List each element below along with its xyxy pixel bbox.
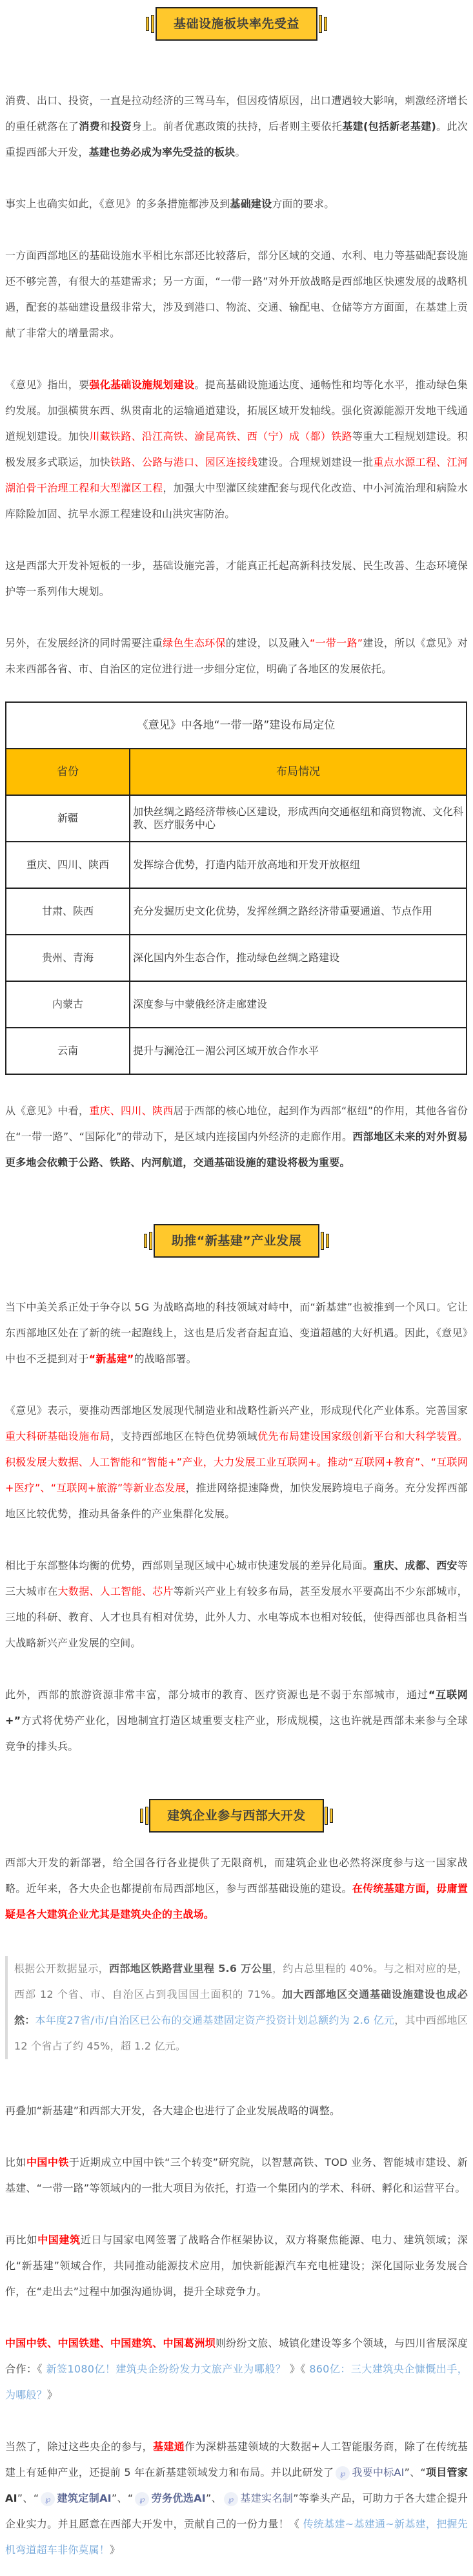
- decor-bar-icon: [146, 17, 149, 31]
- text: ，支持西部地区在特色优势领域: [110, 1430, 257, 1442]
- text: 的战略部署。: [134, 1353, 197, 1365]
- highlight-text: 中国中铁、中国铁建、中国建筑、中国葛洲坝: [5, 2337, 216, 2349]
- text: ”、“: [112, 2492, 134, 2504]
- product-link[interactable]: 基建实名制: [240, 2492, 293, 2504]
- decor-bar-icon: [145, 1807, 148, 1825]
- paragraph: 《意见》指出，要强化基础设施规划建设。提高基础设施通达度、通畅性和均等化水平，推…: [5, 372, 468, 527]
- decor-bar-icon: [330, 1809, 333, 1823]
- layout-table: 《意见》中各地“一带一路”建设布局定位 省份 布局情况 新疆 加快丝绸之路经济带…: [5, 701, 468, 1075]
- text: 。: [235, 146, 245, 158]
- section-title: 助推“新基建”产业发展: [154, 1224, 319, 1258]
- table-row: 贵州、青海 深化国内外生态合作，推动绿色丝绸之路建设: [6, 935, 467, 981]
- paragraph: 另外，在发展经济的同时需要注重绿色生态环保的建设，以及融入“一带一路”建设，所以…: [5, 630, 468, 682]
- paragraph: 一方面西部地区的基础设施水平相比东部还比较落后，部分区域的交通、水利、电力等基础…: [5, 243, 468, 346]
- bold-text: 基建也势必成为率先受益的板块: [89, 146, 236, 158]
- text: 的建设，以及融入: [226, 637, 310, 649]
- text: 事实上也确实如此，《意见》的多条措施都涉及到: [5, 198, 230, 210]
- highlight-text: 绿色生态环保: [163, 637, 226, 649]
- highlight-text: 铁路、公路与港口、园区连接线: [110, 456, 257, 468]
- link-icon: ℘: [135, 2492, 149, 2506]
- table-cell: 发挥综合优势，打造内陆开放高地和开发开放枢纽: [130, 842, 467, 888]
- product-link[interactable]: 我要中标AI: [352, 2466, 404, 2478]
- highlight-text: 中国中铁: [26, 2156, 69, 2168]
- text: 身上。前者优惠政策的扶持，后者则主要依托: [132, 120, 342, 132]
- highlight-text: 强化基础设施规划建设: [89, 379, 194, 391]
- text: ”、: [206, 2492, 222, 2504]
- highlight-text: 基建通: [153, 2440, 185, 2453]
- decor-bar-icon: [151, 15, 154, 33]
- text: 再比如: [5, 2234, 37, 2246]
- decor-bar-icon: [149, 1232, 152, 1250]
- table-header: 省份: [6, 749, 130, 795]
- highlight-text: “新基建”: [89, 1353, 134, 1365]
- text: 另外，在发展经济的同时需要注重: [5, 637, 163, 649]
- table-row: 重庆、四川、陕西 发挥综合优势，打造内陆开放高地和开发开放枢纽: [6, 842, 467, 888]
- table-cell: 云南: [6, 1028, 130, 1074]
- table-cell: 重庆、四川、陕西: [6, 842, 130, 888]
- table-cell: 加快丝绸之路经济带核心区建设，形成西向交通枢纽和商贸物流、文化科教、医疗服务中心: [130, 795, 467, 842]
- bold-text: 投资: [110, 120, 132, 132]
- link-icon: ℘: [336, 2466, 350, 2480]
- table-cell: 提升与澜沧江－湄公河区域开放合作水平: [130, 1028, 467, 1074]
- highlight-text: 大数据、人工智能、芯片: [58, 1585, 174, 1597]
- paragraph: 中国中铁、中国铁建、中国建筑、中国葛洲坝则纷纷文旅、城镇化建设等多个领域，与四川…: [5, 2331, 468, 2408]
- paragraph: 这是西部大开发补短板的一步，基础设施完善，才能真正托起高新科技发展、民生改善、生…: [5, 553, 468, 605]
- paragraph: 事实上也确实如此，《意见》的多条措施都涉及到基础建设方面的要求。: [5, 191, 468, 217]
- paragraph: 再叠加“新基建”和西部大开发，各大建企也进行了企业发展战略的调整。: [5, 2098, 468, 2124]
- paragraph: 比如中国中铁于近期成立中国中铁“三个转变”研究院，以智慧高铁、TOD 业务、智能…: [5, 2150, 468, 2201]
- bold-text: 基建(包括新老基建): [342, 120, 436, 132]
- bold-text: 西部地区铁路营业里程 5.6 万公里: [109, 1962, 272, 1975]
- text: 此外，西部的旅游资源非常丰富，部分城市的教育、医疗资源也是不弱于东部城市，通过: [5, 1688, 428, 1701]
- bold-text: 重庆、成都、西安: [373, 1559, 457, 1572]
- decor-bar-icon: [144, 1234, 147, 1248]
- paragraph: 《意见》表示，要推动西部地区发展现代制造业和战略性新兴产业，形成现代化产业体系。…: [5, 1398, 468, 1527]
- section-title: 基础设施板块率先受益: [156, 7, 317, 41]
- table-cell: 甘肃、陕西: [6, 888, 130, 935]
- text: 》: [47, 2389, 57, 2401]
- article: 基础设施板块率先受益 消费、出口、投资，一直是拉动经济的三驾马车，但因疫情原因，…: [0, 4, 473, 2576]
- text: 方式将优势产业化，因地制宜打造区域重要支柱产业，形成规模，这也许就是西部未来参与…: [5, 1714, 468, 1752]
- product-link[interactable]: 建筑定制AI: [57, 2492, 112, 2504]
- highlight-text: 重庆、四川、陕西: [89, 1105, 173, 1117]
- decor-bar-icon: [140, 1809, 143, 1823]
- paragraph: 当下中美关系正处于争夺以 5G 为战略高地的科技领域对峙中，而“新基建”也被推到…: [5, 1294, 468, 1372]
- section-title: 建筑企业参与西部大开发: [149, 1799, 324, 1833]
- text: 和: [100, 120, 110, 132]
- quote-text: 根据公开数据显示，西部地区铁路营业里程 5.6 万公里，约占总里程的 40%。与…: [14, 1956, 468, 2059]
- data-link[interactable]: 本年度27省/市/自治区已公布的交通基建固定资产投资计划总额约为 2.6 亿元: [35, 2014, 395, 2026]
- paragraph: 当然了，除过这些央企的参与，基建通作为深耕基建领域的大数据+人工智能服务商，除了…: [5, 2434, 468, 2563]
- decor-bar-icon: [325, 1807, 328, 1825]
- text: ”、“: [405, 2466, 426, 2478]
- text: 根据公开数据显示，: [14, 1962, 109, 1975]
- section-header-1: 基础设施板块率先受益: [5, 4, 468, 44]
- product-link[interactable]: 劳务优选AI: [151, 2492, 206, 2504]
- paragraph: 西部大开发的新部署，给全国各行各业提供了无限商机，而建筑企业也必然将深度参与这一…: [5, 1850, 468, 1927]
- text: 当然了，除过这些央企的参与，: [5, 2440, 153, 2453]
- decor-bar-icon: [324, 17, 327, 31]
- highlight-text: 中国建筑: [37, 2234, 81, 2246]
- article-link[interactable]: 新签1080亿！建筑央企纷纷发力文旅产业为哪般？: [43, 2363, 286, 2375]
- text: 》《: [286, 2363, 306, 2375]
- table-cell: 新疆: [6, 795, 130, 842]
- paragraph: 消费、出口、投资，一直是拉动经济的三驾马车，但因疫情原因，出口遭遇较大影响，刺激…: [5, 88, 468, 165]
- paragraph: 从《意见》中看，重庆、四川、陕西居于西部的核心地位，起到作为西部“枢纽”的作用，…: [5, 1098, 468, 1176]
- table-row: 云南 提升与澜沧江－湄公河区域开放合作水平: [6, 1028, 467, 1074]
- paragraph: 相比于东部整体均衡的优势，西部则呈现区域中心城市快速发展的差异化局面。重庆、成都…: [5, 1553, 468, 1656]
- text: 《意见》指出，要: [5, 379, 89, 391]
- text: 方面的要求。: [272, 198, 334, 210]
- table-header: 布局情况: [130, 749, 467, 795]
- table-cell: 内蒙古: [6, 981, 130, 1028]
- blockquote: 根据公开数据显示，西部地区铁路营业里程 5.6 万公里，约占总里程的 40%。与…: [5, 1956, 468, 2059]
- text: 当下中美关系正处于争夺以 5G 为战略高地的科技领域对峙中，而“新基建”也被推到…: [5, 1301, 468, 1365]
- highlight-text: “一带一路”: [310, 637, 363, 649]
- paragraph: 此外，西部的旅游资源非常丰富，部分城市的教育、医疗资源也是不弱于东部城市，通过“…: [5, 1682, 468, 1760]
- decor-bar-icon: [326, 1234, 329, 1248]
- table-row: 甘肃、陕西 充分发掘历史文化优势，发挥丝绸之路经济带重要通道、节点作用: [6, 888, 467, 935]
- bold-text: 基础建设: [230, 198, 272, 210]
- bold-text: 消费: [79, 120, 100, 132]
- paragraph: 再比如中国建筑近日与国家电网签署了战略合作框架协议，双方将聚焦能源、电力、建筑领…: [5, 2227, 468, 2305]
- text: 建设。合理规划建设一批: [257, 456, 373, 468]
- table-cell: 深化国内外生态合作，推动绿色丝绸之路建设: [130, 935, 467, 981]
- text: 《意见》表示，要推动西部地区发展现代制造业和战略性新兴产业，形成现代化产业体系。…: [5, 1404, 468, 1417]
- table-row: 新疆 加快丝绸之路经济带核心区建设，形成西向交通枢纽和商贸物流、文化科教、医疗服…: [6, 795, 467, 842]
- decor-bar-icon: [321, 1232, 324, 1250]
- text: ”、“: [17, 2492, 39, 2504]
- table-cell: 深度参与中蒙俄经济走廊建设: [130, 981, 467, 1028]
- highlight-text: 川藏铁路、沿江高铁、渝昆高铁、西（宁）成（都）铁路: [89, 430, 352, 442]
- highlight-text: 重大科研基础设施布局: [5, 1430, 110, 1442]
- table-cell: 充分发掘历史文化优势，发挥丝绸之路经济带重要通道、节点作用: [130, 888, 467, 935]
- section-header-3: 建筑企业参与西部大开发: [5, 1796, 468, 1836]
- text: 》: [110, 2544, 120, 2556]
- table-row: 内蒙古 深度参与中蒙俄经济走廊建设: [6, 981, 467, 1028]
- text: 于近期成立中国中铁“三个转变”研究院，以智慧高铁、TOD 业务、智能城市建设、新…: [5, 2156, 468, 2194]
- section-header-2: 助推“新基建”产业发展: [5, 1221, 468, 1261]
- text: 比如: [5, 2156, 26, 2168]
- text: 从《意见》中看，: [5, 1105, 89, 1117]
- link-icon: ℘: [41, 2492, 55, 2506]
- decor-bar-icon: [319, 15, 322, 33]
- link-icon: ℘: [224, 2492, 238, 2506]
- table-title: 《意见》中各地“一带一路”建设布局定位: [6, 702, 467, 749]
- table-cell: 贵州、青海: [6, 935, 130, 981]
- text: 相比于东部整体均衡的优势，西部则呈现区域中心城市快速发展的差异化局面。: [5, 1559, 373, 1572]
